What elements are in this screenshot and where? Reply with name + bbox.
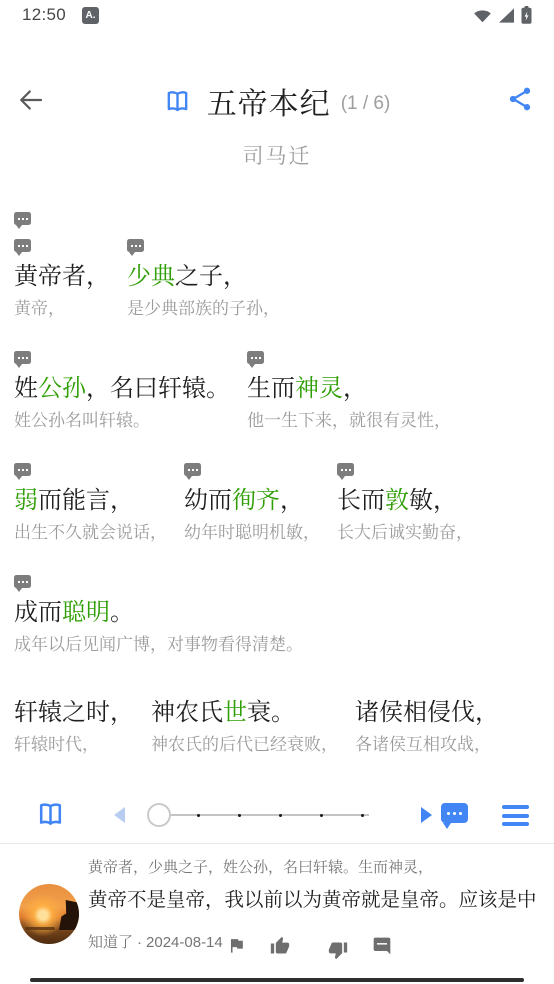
annotated-word[interactable]: 公孙: [38, 375, 86, 402]
text-segment: 成而聪明。成年以后见闻广博，对事物看得清楚。: [14, 575, 303, 657]
annotation-bubble-icon[interactable]: [247, 351, 264, 364]
slider-tick: [197, 814, 200, 817]
comment-text[interactable]: 黄帝不是皇帝，我以前以为黄帝就是皇帝。应该是中: [88, 884, 554, 912]
plain-text-run: 神农氏: [151, 699, 223, 726]
plain-text-run: 姓: [14, 375, 38, 402]
line-group: 轩辕之时，轩辕时代，神农氏世衰。神农氏的后代已经衰败，诸侯相侵伐，各诸侯互相攻战…: [14, 697, 548, 757]
annotation-bubbles: [247, 351, 451, 364]
comment-meta: 知道了·2024-08-14: [88, 931, 223, 952]
annotation-bubbles: [14, 351, 230, 364]
translation-text: 长大后诚实勤奋，: [337, 521, 473, 545]
plain-text-run: ，: [343, 375, 367, 402]
text-segment: 神农氏世衰。神农氏的后代已经衰败，: [151, 697, 338, 757]
paragraph: 黄帝者，黄帝，少典之子，是少典部族的子孙，姓公孙，名曰轩辕。姓公孙名叫轩辕。生而…: [14, 212, 548, 657]
plain-text-run: 诸侯相侵伐，: [355, 699, 499, 726]
translation-text: 神农氏的后代已经衰败，: [151, 733, 338, 757]
thumbs-up-button[interactable]: [270, 936, 290, 956]
slider-track[interactable]: [159, 814, 369, 816]
comment-date: 2024-08-14: [146, 934, 223, 951]
book-mode-button[interactable]: [36, 800, 65, 834]
author-name: 司马迁: [0, 140, 554, 170]
plain-text-run: 敏，: [409, 487, 457, 514]
annotated-word[interactable]: 徇齐: [232, 487, 280, 514]
wifi-icon: [473, 8, 492, 23]
plain-text-run: 而能言，: [38, 487, 134, 514]
page-slider[interactable]: [147, 803, 371, 827]
plain-text-run: 之子，: [175, 263, 247, 290]
app-notification-icon: A.: [82, 7, 99, 24]
panel-divider: [0, 843, 554, 844]
annotation-bubble-icon[interactable]: [14, 575, 31, 588]
cellular-signal-icon: [498, 8, 515, 23]
translation-text: 是少典部族的子孙，: [127, 297, 280, 321]
line-group: 成而聪明。成年以后见闻广博，对事物看得清楚。: [14, 575, 548, 657]
chat-icon: [372, 936, 392, 956]
translation-text: 他一生下来，就很有灵性，: [247, 409, 451, 433]
annotated-word[interactable]: 聪明: [62, 599, 110, 626]
slider-thumb[interactable]: [147, 803, 171, 827]
annotated-word[interactable]: 世: [223, 699, 247, 726]
app-screen: 12:50 A. 五帝本纪 (1 / 6) 司马迁 黄帝者，黄帝，少典之子，是少…: [0, 0, 554, 984]
text-segment: 幼而徇齐，幼年时聪明机敏，: [184, 463, 320, 545]
annotated-word[interactable]: 敦: [385, 487, 409, 514]
plain-text-run: 成而: [14, 599, 62, 626]
annotated-word[interactable]: 少典: [127, 263, 175, 290]
original-text: 幼而徇齐，: [184, 485, 320, 517]
battery-charging-icon: [521, 6, 532, 24]
plain-text-run: 生而: [247, 375, 295, 402]
commenter-avatar[interactable]: [19, 884, 79, 944]
thumbs-up-icon: [270, 936, 290, 956]
page-title: 五帝本纪: [207, 79, 331, 123]
text-segment: 轩辕之时，轩辕时代，: [14, 697, 134, 757]
original-text: 少典之子，: [127, 261, 280, 293]
annotated-word[interactable]: 弱: [14, 487, 38, 514]
original-text: 姓公孙，名曰轩辕。: [14, 373, 230, 405]
plain-text-run: 长而: [337, 487, 385, 514]
plain-text-run: 。: [110, 599, 134, 626]
commenter-name: 知道了: [88, 934, 133, 951]
plain-text-run: 轩辕之时，: [14, 699, 134, 726]
line-group: 弱而能言，出生不久就会说话，幼而徇齐，幼年时聪明机敏，长而敦敏，长大后诚实勤奋，: [14, 463, 548, 545]
reply-chat-button[interactable]: [372, 936, 392, 956]
open-book-icon: [36, 800, 65, 829]
menu-button[interactable]: [502, 805, 529, 826]
annotation-bubble-icon[interactable]: [337, 463, 354, 476]
share-icon: [506, 85, 534, 113]
text-segment: 少典之子，是少典部族的子孙，: [127, 239, 280, 321]
slider-tick: [238, 814, 241, 817]
plain-text-run: ，名曰轩辕。: [86, 375, 230, 402]
previous-page-button[interactable]: [114, 807, 125, 823]
text-segment: 弱而能言，出生不久就会说话，: [14, 463, 167, 545]
annotation-bubbles: [14, 575, 303, 588]
page-indicator: (1 / 6): [341, 87, 391, 115]
line-group: 姓公孙，名曰轩辕。姓公孙名叫轩辕。生而神灵，他一生下来，就很有灵性，: [14, 351, 548, 433]
plain-text-run: 衰。: [247, 699, 295, 726]
annotation-bubble-icon[interactable]: [14, 351, 31, 364]
header: 五帝本纪 (1 / 6): [0, 75, 554, 127]
original-text: 神农氏世衰。: [151, 697, 338, 729]
translation-text: 幼年时聪明机敏，: [184, 521, 320, 545]
translation-text: 成年以后见闻广博，对事物看得清楚。: [14, 633, 303, 657]
slider-tick: [361, 814, 364, 817]
plain-text-run: ，: [280, 487, 304, 514]
translation-text: 姓公孙名叫轩辕。: [14, 409, 230, 433]
original-text: 成而聪明。: [14, 597, 303, 629]
text-segment: 生而神灵，他一生下来，就很有灵性，: [247, 351, 451, 433]
annotation-bubble-icon[interactable]: [14, 463, 31, 476]
thumbs-down-button[interactable]: [328, 940, 348, 960]
slider-tick: [279, 814, 282, 817]
annotation-bubbles: [14, 212, 110, 252]
meta-separator: ·: [137, 934, 142, 951]
quoted-passage: 黄帝者，少典之子，姓公孙，名曰轩辕。生而神灵，: [88, 856, 554, 877]
open-book-icon: [164, 88, 191, 115]
original-text: 长而敦敏，: [337, 485, 473, 517]
share-button[interactable]: [506, 85, 536, 115]
plain-text-run: 黄帝者，: [14, 263, 110, 290]
plain-text-run: 幼而: [184, 487, 232, 514]
thumbs-down-icon: [328, 940, 348, 960]
annotation-bubble-icon[interactable]: [14, 212, 31, 225]
text-segment: 黄帝者，黄帝，: [14, 212, 110, 321]
paragraph: 轩辕之时，轩辕时代，神农氏世衰。神农氏的后代已经衰败，诸侯相侵伐，各诸侯互相攻战…: [14, 697, 548, 788]
comments-button[interactable]: [441, 803, 468, 823]
translation-text: 出生不久就会说话，: [14, 521, 167, 545]
reader-content: 黄帝者，黄帝，少典之子，是少典部族的子孙，姓公孙，名曰轩辕。姓公孙名叫轩辕。生而…: [14, 206, 548, 788]
annotation-bubble-icon[interactable]: [184, 463, 201, 476]
text-segment: 诸侯相侵伐，各诸侯互相攻战，: [355, 697, 499, 757]
translation-text: 黄帝，: [14, 297, 110, 321]
next-page-button[interactable]: [421, 807, 432, 823]
status-bar: 12:50 A.: [0, 0, 554, 30]
text-segment: 长而敦敏，长大后诚实勤奋，: [337, 463, 473, 545]
original-text: 黄帝者，: [14, 261, 110, 293]
report-flag-button[interactable]: [227, 936, 247, 956]
original-text: 弱而能言，: [14, 485, 167, 517]
translation-text: 各诸侯互相攻战，: [355, 733, 499, 757]
gesture-navigation-bar[interactable]: [30, 978, 524, 982]
line-group: 黄帝者，黄帝，少典之子，是少典部族的子孙，: [14, 212, 548, 321]
flag-icon: [227, 936, 246, 955]
annotated-word[interactable]: 神灵: [295, 375, 343, 402]
translation-text: 轩辕时代，: [14, 733, 134, 757]
original-text: 轩辕之时，: [14, 697, 134, 729]
annotation-bubbles: [184, 463, 320, 476]
original-text: 生而神灵，: [247, 373, 451, 405]
annotation-bubble-icon[interactable]: [14, 239, 31, 252]
annotation-bubble-icon[interactable]: [127, 239, 144, 252]
clock: 12:50: [22, 5, 66, 25]
original-text: 诸侯相侵伐，: [355, 697, 499, 729]
text-segment: 姓公孙，名曰轩辕。姓公孙名叫轩辕。: [14, 351, 230, 433]
slider-tick: [320, 814, 323, 817]
annotation-bubbles: [127, 239, 280, 252]
annotation-bubbles: [337, 463, 473, 476]
annotation-bubbles: [14, 463, 167, 476]
